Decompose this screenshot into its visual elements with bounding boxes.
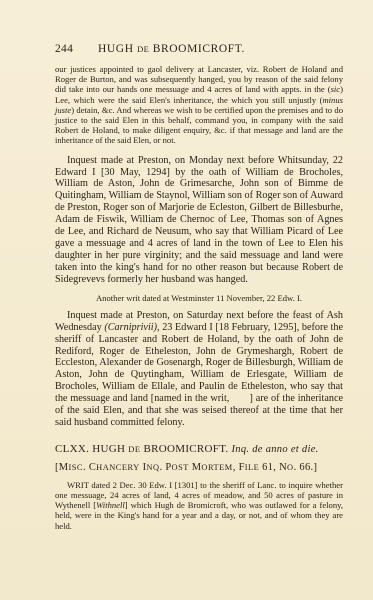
- text-run: BROOMICROFT.: [140, 443, 231, 455]
- text-run: NQ: [146, 463, 159, 472]
- italic-withnell: Withnell: [96, 500, 125, 510]
- source-reference: [MISC. CHANCERY INQ. POST MORTEM, FILE 6…: [55, 462, 343, 473]
- text-run: . 66.]: [294, 462, 318, 473]
- book-page: 244 HUGH DE BROOMICROFT. our justices ap…: [0, 0, 373, 600]
- paragraph-inquest-1295: Inquest made at Preston, on Saturday nex…: [55, 310, 343, 429]
- text-run: ISC: [68, 463, 83, 472]
- text-run: [M: [55, 462, 68, 473]
- text-run: , 23 Edward I [18 February, 1295], befor…: [55, 322, 343, 428]
- text-run: HANCERY: [96, 463, 140, 472]
- text-run: ORTEM: [201, 463, 232, 472]
- section-heading: CLXX. HUGH DE BROOMICROFT. Inq. de anno …: [55, 443, 343, 455]
- running-title-part: BROOMICROFT.: [149, 43, 245, 55]
- running-title: HUGH DE BROOMICROFT.: [98, 43, 245, 55]
- text-run: ILE: [245, 463, 260, 472]
- paragraph-writ-continuation: our justices appointed to gaol delivery …: [55, 64, 343, 146]
- section-heading-italic: Inq. de anno et die.: [232, 444, 319, 455]
- running-title-particle: DE: [137, 44, 149, 54]
- text-run: . P: [160, 462, 172, 473]
- paragraph-writ-1301: WRIT dated 2 Dec. 30 Edw. I [1301] to th…: [55, 480, 343, 531]
- paragraph-inquest-1294: Inquest made at Preston, on Monday next …: [55, 155, 343, 286]
- italic-carniprivii: (Carniprivii): [104, 322, 157, 333]
- text-run: DE: [128, 444, 140, 454]
- text-run: ) detain, &c. And whereas we wish to be …: [55, 105, 343, 146]
- page-body: our justices appointed to gaol delivery …: [55, 64, 343, 531]
- text-run: HUGH: [89, 443, 128, 455]
- text-run: OST: [172, 463, 189, 472]
- text-run: M: [189, 462, 202, 473]
- text-run: our justices appointed to gaol delivery …: [55, 64, 343, 94]
- text-run: , F: [233, 462, 245, 473]
- section-number: CLXX.: [55, 443, 89, 455]
- page-number: 244: [55, 43, 73, 55]
- text-run: . C: [83, 462, 96, 473]
- running-title-part: HUGH: [98, 43, 137, 55]
- text-run: 61, N: [259, 462, 287, 473]
- paragraph-another-writ: Another writ dated at Westminster 11 Nov…: [55, 293, 343, 303]
- italic-sic: sic: [331, 84, 341, 94]
